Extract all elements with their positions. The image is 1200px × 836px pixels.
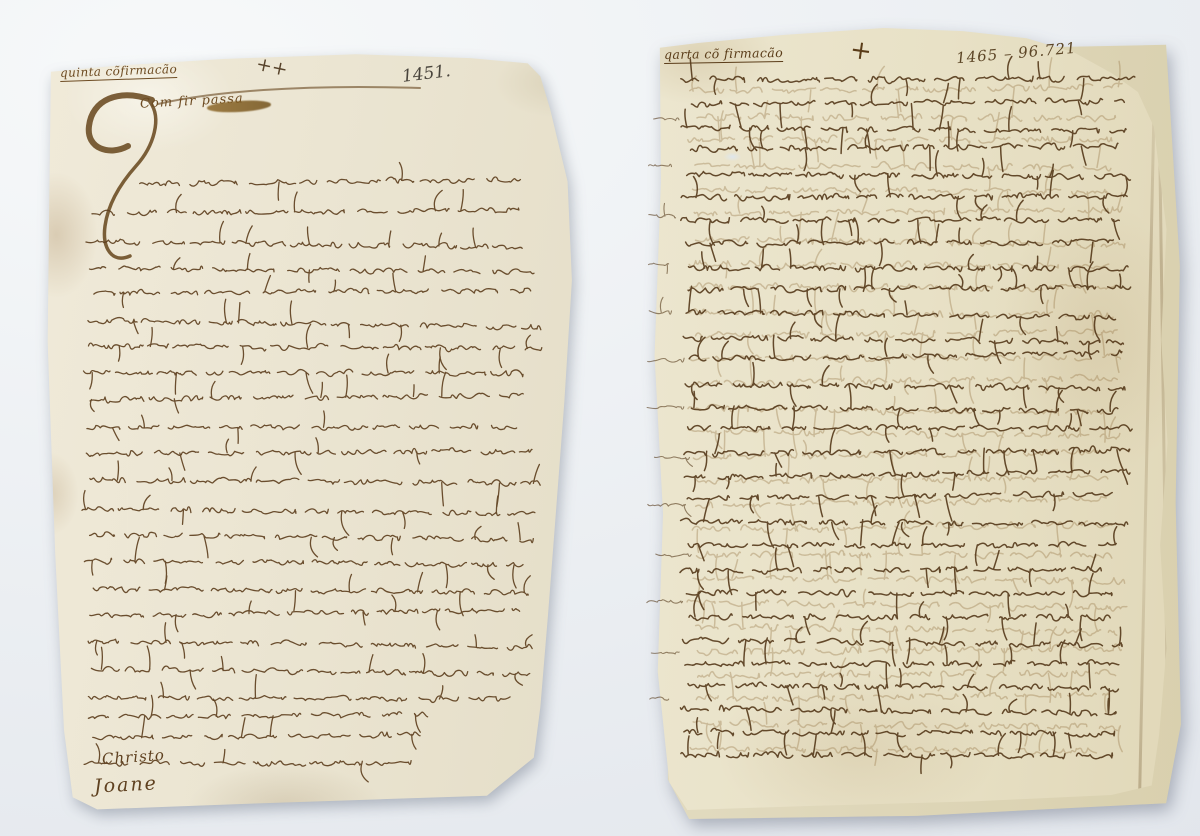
right-paper-sheet [645, 24, 1175, 814]
right-manuscript-page [645, 24, 1175, 814]
left-paper-sheet [40, 52, 585, 814]
left-signature: Joane [93, 772, 158, 797]
left-manuscript-page [40, 52, 585, 814]
right-collation-cross-mark: + [848, 35, 874, 68]
fold-crease [1138, 24, 1158, 814]
photo-backdrop: quinta cõfirmacão ++ 1451. Com fir passa… [0, 0, 1200, 836]
right-archival-note: qarta cõ firmacão [664, 45, 783, 64]
